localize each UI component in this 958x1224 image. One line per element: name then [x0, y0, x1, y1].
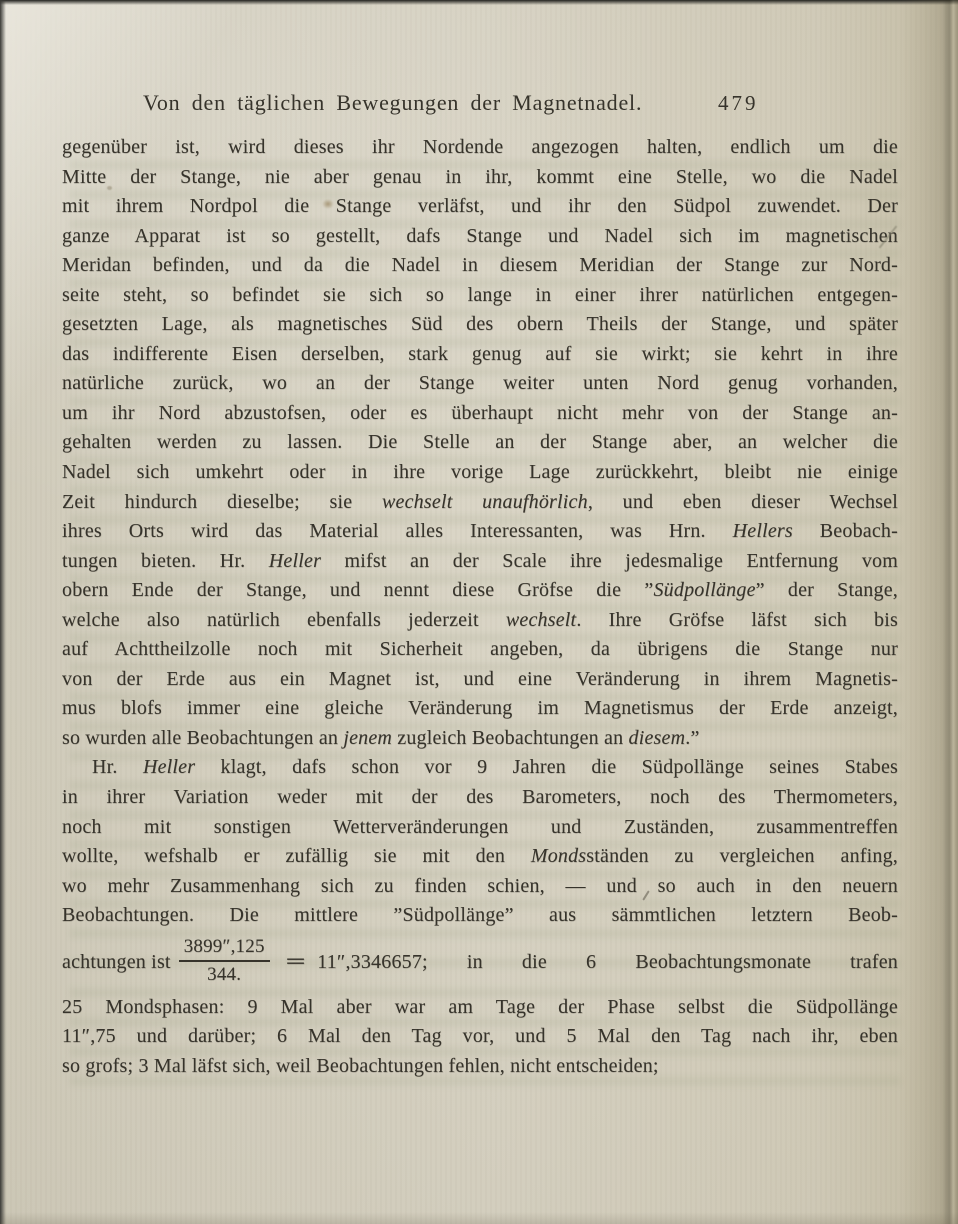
text-line: Beobachtungen. Die mittlere ”Südpollänge…: [62, 901, 898, 931]
text-line: das indifferente Eisen derselben, stark …: [62, 340, 898, 370]
italic-text-segment: Monds: [531, 845, 586, 867]
text-line: mus blofs immer eine gleiche Veränderung…: [62, 694, 898, 724]
text-segment: seite steht, so befindet sie sich so lan…: [62, 284, 898, 306]
body-text: gegenüber ist, wird dieses ihr Nordende …: [62, 133, 898, 1081]
text-line: mit ihrem Nordpol die Stange verläfst, u…: [62, 192, 898, 222]
text-segment: , und eben dieser Wechsel: [588, 491, 898, 513]
text-segment: mifst an der Scale ihre jedesmalige Entf…: [321, 550, 898, 572]
text-segment: . Ihre Gröfse läfst sich bis: [576, 609, 898, 631]
text-line: in ihrer Variation weder mit der des Bar…: [62, 783, 898, 813]
text-segment: noch mit sonstigen Wetterveränderungen u…: [62, 816, 898, 838]
text-segment: von der Erde aus ein Magnet ist, und ein…: [62, 668, 898, 690]
text-line: gehalten werden zu lassen. Die Stelle an…: [62, 428, 898, 458]
text-segment: tungen bieten. Hr.: [62, 550, 269, 572]
text-line: wo mehr Zusammenhang sich zu finden schi…: [62, 872, 898, 902]
text-segment: ganze Apparat ist so gestellt, dafs Stan…: [62, 225, 898, 247]
text-line: Mitte der Stange, nie aber genau in ihr,…: [62, 163, 898, 193]
text-line: wollte, wefshalb er zufällig sie mit den…: [62, 842, 898, 872]
text-line: ihres Orts wird das Material alles Inter…: [62, 517, 898, 547]
text-segment: Mitte der Stange, nie aber genau in ihr,…: [62, 166, 898, 188]
text-line: um ihr Nord abzustofsen, oder es überhau…: [62, 399, 898, 429]
text-line: ganze Apparat ist so gestellt, dafs Stan…: [62, 222, 898, 252]
scanned-book-page: Von den täglichen Bewegungen der Magnetn…: [0, 0, 958, 1224]
text-segment: Beobach-: [793, 520, 898, 542]
speck-mark: [107, 186, 112, 190]
text-segment: ” der Stange,: [756, 579, 898, 601]
text-line: Meridan befinden, und da die Nadel in di…: [62, 251, 898, 281]
text-segment: auf Achttheilzolle noch mit Sicherheit a…: [62, 638, 898, 660]
text-line: Zeit hindurch dieselbe; sie wechselt una…: [62, 488, 898, 518]
text-segment: 11″,75 und darüber; 6 Mal den Tag vor, u…: [62, 1025, 898, 1047]
text-line: so grofs; 3 Mal läfst sich, weil Beobach…: [62, 1052, 898, 1082]
page-number: 479: [718, 91, 759, 116]
text-segment: Beobachtungen. Die mittlere ”Südpollänge…: [62, 904, 898, 926]
text-segment: um ihr Nord abzustofsen, oder es überhau…: [62, 402, 898, 424]
stain-mark: [322, 199, 334, 209]
text-segment: Meridan befinden, und da die Nadel in di…: [62, 254, 898, 276]
text-segment: Nadel sich umkehrt oder in ihre vorige L…: [62, 461, 898, 483]
italic-text-segment: wechselt unaufhörlich: [382, 491, 588, 513]
text-line: 25 Mondsphasen: 9 Mal aber war am Tage d…: [62, 993, 898, 1023]
text-segment: gegenüber ist, wird dieses ihr Nordende …: [62, 136, 898, 158]
formula-prefix-text: achtungen ist: [62, 950, 171, 974]
italic-text-segment: Heller: [143, 756, 195, 778]
formula-line: achtungen ist3899″,125344.=11″,3346657; …: [62, 931, 898, 993]
text-line: obern Ende der Stange, und nennt diese G…: [62, 576, 898, 606]
text-line: auf Achttheilzolle noch mit Sicherheit a…: [62, 635, 898, 665]
text-segment: ihres Orts wird das Material alles Inter…: [62, 520, 733, 542]
text-segment: wo mehr Zusammenhang sich zu finden schi…: [62, 875, 898, 897]
text-line: seite steht, so befindet sie sich so lan…: [62, 281, 898, 311]
text-line: gesetzten Lage, als magnetisches Süd des…: [62, 310, 898, 340]
text-line: natürliche zurück, wo an der Stange weit…: [62, 369, 898, 399]
text-segment: 25 Mondsphasen: 9 Mal aber war am Tage d…: [62, 996, 898, 1018]
text-segment: .”: [685, 727, 699, 749]
text-segment: obern Ende der Stange, und nennt diese G…: [62, 579, 653, 601]
text-line: tungen bieten. Hr. Heller mifst an der S…: [62, 547, 898, 577]
fraction-numerator: 3899″,125: [179, 936, 270, 962]
italic-text-segment: Hellers: [733, 520, 793, 542]
page-edge-left: [0, 0, 6, 1224]
text-segment: gesetzten Lage, als magnetisches Süd des…: [62, 313, 898, 335]
text-segment: wollte, wefshalb er zufällig sie mit den: [62, 845, 531, 867]
fraction: 3899″,125344.: [179, 936, 270, 987]
equals-sign: =: [285, 950, 306, 974]
italic-text-segment: wechselt: [506, 609, 576, 631]
text-segment: so grofs; 3 Mal läfst sich, weil Beobach…: [62, 1055, 659, 1077]
text-segment: gehalten werden zu lassen. Die Stelle an…: [62, 431, 898, 453]
page-gutter-shadow: [900, 0, 958, 1224]
text-segment: mus blofs immer eine gleiche Veränderung…: [62, 697, 898, 719]
text-segment: so wurden alle Beobachtungen an: [62, 727, 343, 749]
text-segment: Hr.: [92, 756, 143, 778]
text-line: Nadel sich umkehrt oder in ihre vorige L…: [62, 458, 898, 488]
text-segment: zugleich Beobachtungen an: [392, 727, 628, 749]
text-segment: mit ihrem Nordpol die Stange verläfst, u…: [62, 195, 898, 217]
page-edge-top: [0, 0, 958, 5]
text-line: 11″,75 und darüber; 6 Mal den Tag vor, u…: [62, 1022, 898, 1052]
text-segment: in ihrer Variation weder mit der des Bar…: [62, 786, 898, 808]
italic-text-segment: Heller: [269, 550, 321, 572]
text-segment: natürliche zurück, wo an der Stange weit…: [62, 372, 898, 394]
formula-result-text: 11″,3346657; in die 6 Beobachtungsmonate…: [317, 950, 898, 974]
text-segment: ständen zu vergleichen anfing,: [586, 845, 898, 867]
text-line: noch mit sonstigen Wetterveränderungen u…: [62, 813, 898, 843]
text-line: welche also natürlich ebenfalls jederzei…: [62, 606, 898, 636]
fraction-denominator: 344.: [179, 962, 270, 987]
text-segment: welche also natürlich ebenfalls jederzei…: [62, 609, 506, 631]
text-segment: Zeit hindurch dieselbe; sie: [62, 491, 382, 513]
text-segment: klagt, dafs schon vor 9 Jahren die Südpo…: [195, 756, 898, 778]
italic-text-segment: Südpollänge: [653, 579, 755, 601]
text-line: Hr. Heller klagt, dafs schon vor 9 Jahre…: [62, 753, 898, 783]
text-line: so wurden alle Beobachtungen an jenem zu…: [62, 724, 898, 754]
page-edge-bottom: [0, 1212, 958, 1224]
running-header-title: Von den täglichen Bewegungen der Magnetn…: [143, 90, 642, 116]
italic-text-segment: diesem: [629, 727, 686, 749]
text-segment: das indifferente Eisen derselben, stark …: [62, 343, 898, 365]
italic-text-segment: jenem: [343, 727, 392, 749]
text-line: von der Erde aus ein Magnet ist, und ein…: [62, 665, 898, 695]
text-line: gegenüber ist, wird dieses ihr Nordende …: [62, 133, 898, 163]
